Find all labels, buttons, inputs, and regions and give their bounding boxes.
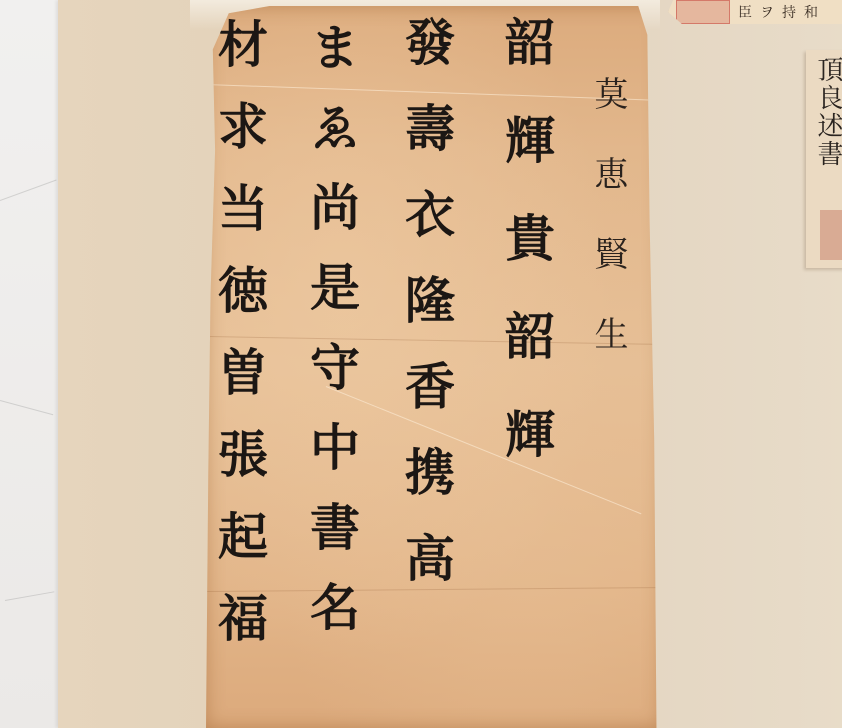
- calligraphy-column: 材求当徳曽張起福: [214, 18, 264, 674]
- side-label-fragment: 頂良述書: [806, 50, 842, 268]
- calligraphy-column: 發壽衣隆香携高: [401, 16, 451, 618]
- wall-crack: [0, 400, 53, 415]
- wall-crack: [0, 180, 57, 201]
- calligraphy-column: 莫恵賢生: [591, 76, 625, 396]
- side-label-text: 頂良述書: [810, 56, 842, 168]
- top-label-fragment: 臣ヲ持和: [668, 0, 842, 24]
- wall-crack: [5, 591, 54, 601]
- red-seal-stamp: [676, 0, 730, 24]
- calligraphy-letter: 韶輝貴韶輝 莫恵賢生 發壽衣隆香携高 まゑ尚是守中書名 材求当徳曽張起福: [206, 6, 661, 728]
- calligraphy-column: 韶輝貴韶輝: [501, 16, 551, 506]
- top-label-text: 臣ヲ持和: [738, 2, 826, 22]
- calligraphy-column: まゑ尚是守中書名: [306, 21, 356, 661]
- paper-fold: [326, 386, 642, 514]
- red-seal-stamp: [820, 210, 842, 260]
